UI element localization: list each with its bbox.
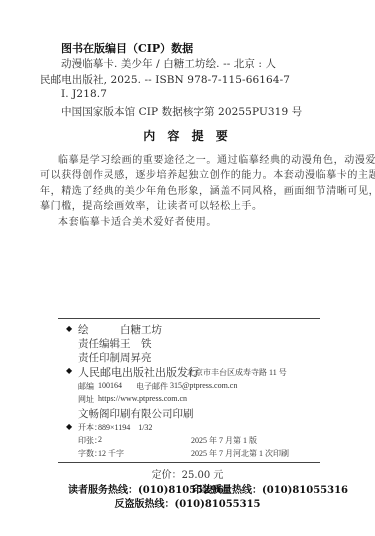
website-label: 网址 [78, 394, 94, 405]
illustrator-label: 绘 [78, 322, 89, 337]
cip-title: 图书在版编目（CIP）数据 [61, 40, 193, 56]
print-supervisor-value: 周昇亮 [120, 350, 152, 365]
anti-piracy-hotline: 反盗版热线：(010)81055315 [0, 495, 375, 510]
editor-label: 责任编辑 [78, 336, 120, 351]
cip-line-1: 动漫临摹卡. 美少年 / 白糖工坊绘. -- 北京 : 人 [61, 56, 276, 71]
format-value: 889×1194 1/32 [98, 422, 152, 433]
editor-value: 王 铁 [120, 336, 152, 351]
print-supervisor-label: 责任印制 [78, 350, 120, 365]
printing: 2025 年 7 月河北第 1 次印刷 [191, 448, 289, 459]
publisher: 人民邮电出版社出版发行 [78, 364, 199, 380]
words-value: 12 千字 [98, 448, 124, 459]
cip-line-4: 中国国家版本馆 CIP 数据核字第 20255PU319 号 [61, 104, 302, 119]
email-value[interactable]: 315@ptpress.com.cn [170, 381, 237, 390]
email-label: 电子邮件 [136, 381, 168, 392]
summary-line-3: 年，精选了经典的美少年角色形象，涵盖不同风格，画面细节清晰可见，降低临 [40, 182, 375, 197]
diamond-bullet-icon: ◆ [66, 422, 72, 431]
cip-line-3: Ⅰ. J218.7 [61, 88, 107, 100]
edition: 2025 年 7 月第 1 版 [191, 435, 257, 446]
summary-line-2: 可以获得创作灵感，逐步培养起独立创作的能力。本套动漫临摹卡的主题是美少 [40, 166, 375, 181]
summary-line-4: 摹门槛，提高绘画效率，让读者可以轻松上手。 [40, 197, 263, 212]
diamond-bullet-icon: ◆ [66, 366, 72, 375]
summary-title: 内 容 提 要 [0, 127, 375, 144]
sheets-value: 2 [98, 435, 102, 444]
postcode-value: 100164 [98, 381, 122, 390]
price: 定价：25.00 元 [0, 466, 375, 481]
cip-line-2: 民邮电出版社, 2025. -- ISBN 978-7-115-66164-7 [40, 72, 290, 87]
bottom-divider [58, 462, 320, 463]
summary-line-1: 临摹是学习绘画的重要途径之一。通过临摹经典的动漫角色，动漫爱好者们 [58, 151, 375, 166]
illustrator-value: 白糖工坊 [120, 322, 162, 337]
quality-hotline: 印装质量热线：(010)81055316 [192, 481, 348, 496]
website-value[interactable]: https://www.ptpress.com.cn [98, 394, 187, 403]
printer: 文畅阁印刷有限公司印刷 [78, 406, 194, 421]
summary-line-5: 本套临摹卡适合美术爱好者使用。 [58, 213, 217, 228]
publisher-address: 北京市丰台区成寿寺路 11 号 [187, 367, 287, 378]
postcode-label: 邮编 [78, 381, 94, 392]
diamond-bullet-icon: ◆ [66, 324, 72, 333]
top-divider [58, 318, 320, 319]
